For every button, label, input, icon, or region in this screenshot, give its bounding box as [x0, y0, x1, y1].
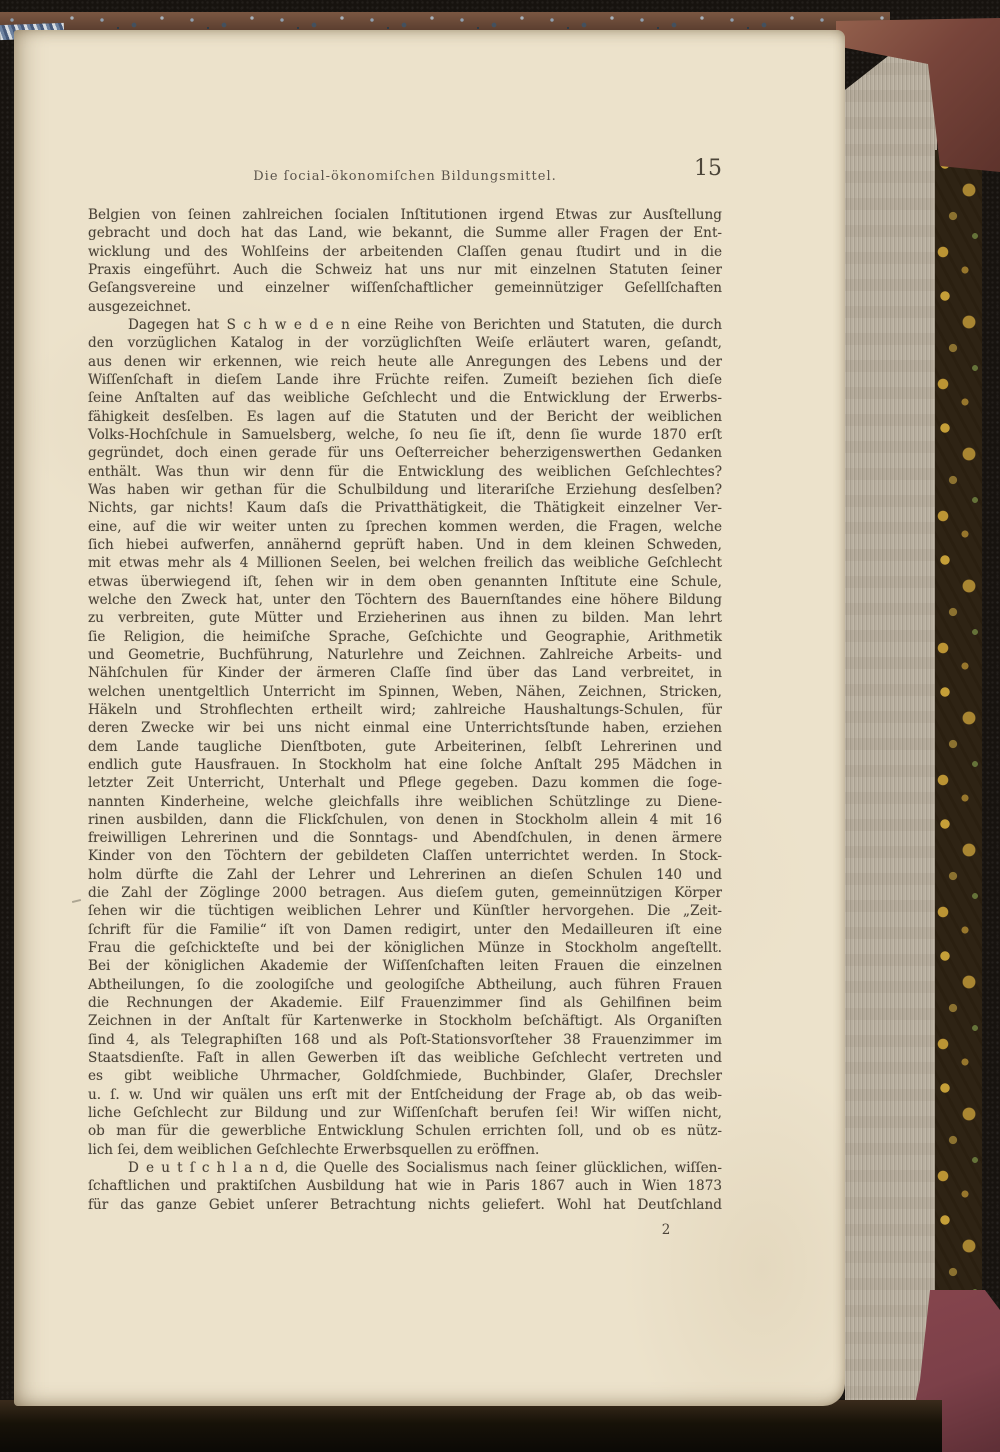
text-line: aus denen wir erkennen, wie reich heute …: [88, 353, 722, 371]
text-line: Frau die geſchickteſte und bei der könig…: [88, 939, 722, 957]
text-line: ſeine Anſtalten auf das weibliche Geſchl…: [88, 389, 722, 407]
page-number: 15: [88, 156, 722, 181]
text-line: zu verbreiten, gute Mütter und Erzieheri…: [88, 609, 722, 627]
text-line: dem Lande taugliche Dienſtboten, gute Ar…: [88, 738, 722, 756]
text-line: Was haben wir gethan für die Schulbildun…: [88, 481, 722, 499]
text-line: gebracht und doch hat das Land, wie beka…: [88, 224, 722, 242]
bottom-board-shadow: [0, 1400, 942, 1452]
text-line: es gibt weibliche Uhrmacher, Goldſchmied…: [88, 1067, 722, 1085]
text-line: nannten Kinderheine, welche gleichfalls …: [88, 793, 722, 811]
text-line: wicklung und des Wohlſeins der arbeitend…: [88, 243, 722, 261]
text-line: Staatsdienſte. Faſt in allen Gewerben iſ…: [88, 1049, 722, 1067]
text-line: ſind 4, als Telegraphiſten 168 und als P…: [88, 1031, 722, 1049]
book-page: Die ſocial-ökonomiſchen Bildungsmittel. …: [14, 30, 845, 1406]
text-line: Volks-Hochſchule in Samuelsberg, welche,…: [88, 426, 722, 444]
text-line: für das ganze Gebiet unſerer Betrachtung…: [88, 1196, 722, 1214]
text-line: rinen ausbilden, dann die Flickſchulen, …: [88, 811, 722, 829]
text-line: ob man für die gewerbliche Entwicklung S…: [88, 1122, 722, 1140]
text-line: endlich gute Hausfrauen. In Stockholm ha…: [88, 756, 722, 774]
margin-pencil-mark: [72, 899, 81, 903]
text-line: mit etwas mehr als 4 Millionen Seelen, b…: [88, 554, 722, 572]
text-line: u. ſ. w. Und wir quälen uns erſt mit der…: [88, 1086, 722, 1104]
text-line: und Geometrie, Buchführung, Naturlehre u…: [88, 646, 722, 664]
text-line: die Rechnungen der Akademie. Eilf Frauen…: [88, 994, 722, 1012]
text-line: welchen unentgeltlich Unterricht im Spin…: [88, 683, 722, 701]
text-line: holm dürfte die Zahl der Lehrer und Lehr…: [88, 866, 722, 884]
text-line: gegründet, doch einen gerade für uns Oeſ…: [88, 444, 722, 462]
text-line: ſich hiebei aufwerfen, annähernd geprüft…: [88, 536, 722, 554]
text-line: welche den Zweck hat, unter den Töchtern…: [88, 591, 722, 609]
text-line: enthält. Was thun wir denn für die Entwi…: [88, 463, 722, 481]
text-line: Belgien von ſeinen zahlreichen ſocialen …: [88, 206, 722, 224]
text-line: die Zahl der Zöglinge 2000 betragen. Aus…: [88, 884, 722, 902]
text-line: Zeichnen in der Anſtalt für Kartenwerke …: [88, 1012, 722, 1030]
text-line: letzter Zeit Unterricht, Unterhalt und P…: [88, 774, 722, 792]
text-line: Bei der königlichen Akademie der Wiſſenſ…: [88, 957, 722, 975]
text-line: etwas überwiegend iſt, ſehen wir in dem …: [88, 573, 722, 591]
text-line: Wiſſenſchaft in dieſem Lande ihre Frücht…: [88, 371, 722, 389]
text-line: lich ſei, dem weiblichen Geſchlechte Erw…: [88, 1141, 722, 1159]
text-line: Geſangsvereine und einzelner wiſſenſchaf…: [88, 279, 722, 297]
text-line: eine, auf die wir weiter unten zu ſprech…: [88, 518, 722, 536]
text-line: Nähſchulen für Kinder der ärmeren Claſſe…: [88, 664, 722, 682]
text-block: Belgien von ſeinen zahlreichen ſocialen …: [88, 206, 722, 1214]
signature-mark: 2: [646, 1222, 686, 1238]
text-line: Abtheilungen, ſo die zoologiſche und geo…: [88, 976, 722, 994]
text-line: ausgezeichnet.: [88, 298, 722, 316]
text-line: liche Geſchlecht zur Bildung und zur Wiſ…: [88, 1104, 722, 1122]
marbled-board-edge: [935, 150, 982, 1310]
text-line: ſie Religion, die heimiſche Sprache, Geſ…: [88, 628, 722, 646]
text-line: ſehen wir die tüchtigen weiblichen Lehre…: [88, 902, 722, 920]
text-line: deren Zwecke wir bei uns nicht einmal ei…: [88, 719, 722, 737]
text-line: Nichts, gar nichts! Kaum daſs die Privat…: [88, 499, 722, 517]
text-line: freiwilligen Lehrerinen und die Sonntags…: [88, 829, 722, 847]
text-line: den vorzüglichen Katalog in der vorzügli…: [88, 334, 722, 352]
text-line: Kinder von den Töchtern der gebildeten C…: [88, 847, 722, 865]
text-line: Praxis eingeführt. Auch die Schweiz hat …: [88, 261, 722, 279]
text-line: Häkeln und Strohflechten ertheilt wird; …: [88, 701, 722, 719]
text-line: ſchaftlichen und praktiſchen Ausbildung …: [88, 1177, 722, 1195]
text-line: ſchrift für die Familie“ iſt von Damen r…: [88, 921, 722, 939]
text-line: D e u t ſ c h l a n d, die Quelle des So…: [88, 1159, 722, 1177]
text-line: Dagegen hat S c h w e d e n eine Reihe v…: [88, 316, 722, 334]
page-stack-fore-edge: [845, 36, 937, 1408]
text-line: fähigkeit desſelben. Es lagen auf die St…: [88, 408, 722, 426]
